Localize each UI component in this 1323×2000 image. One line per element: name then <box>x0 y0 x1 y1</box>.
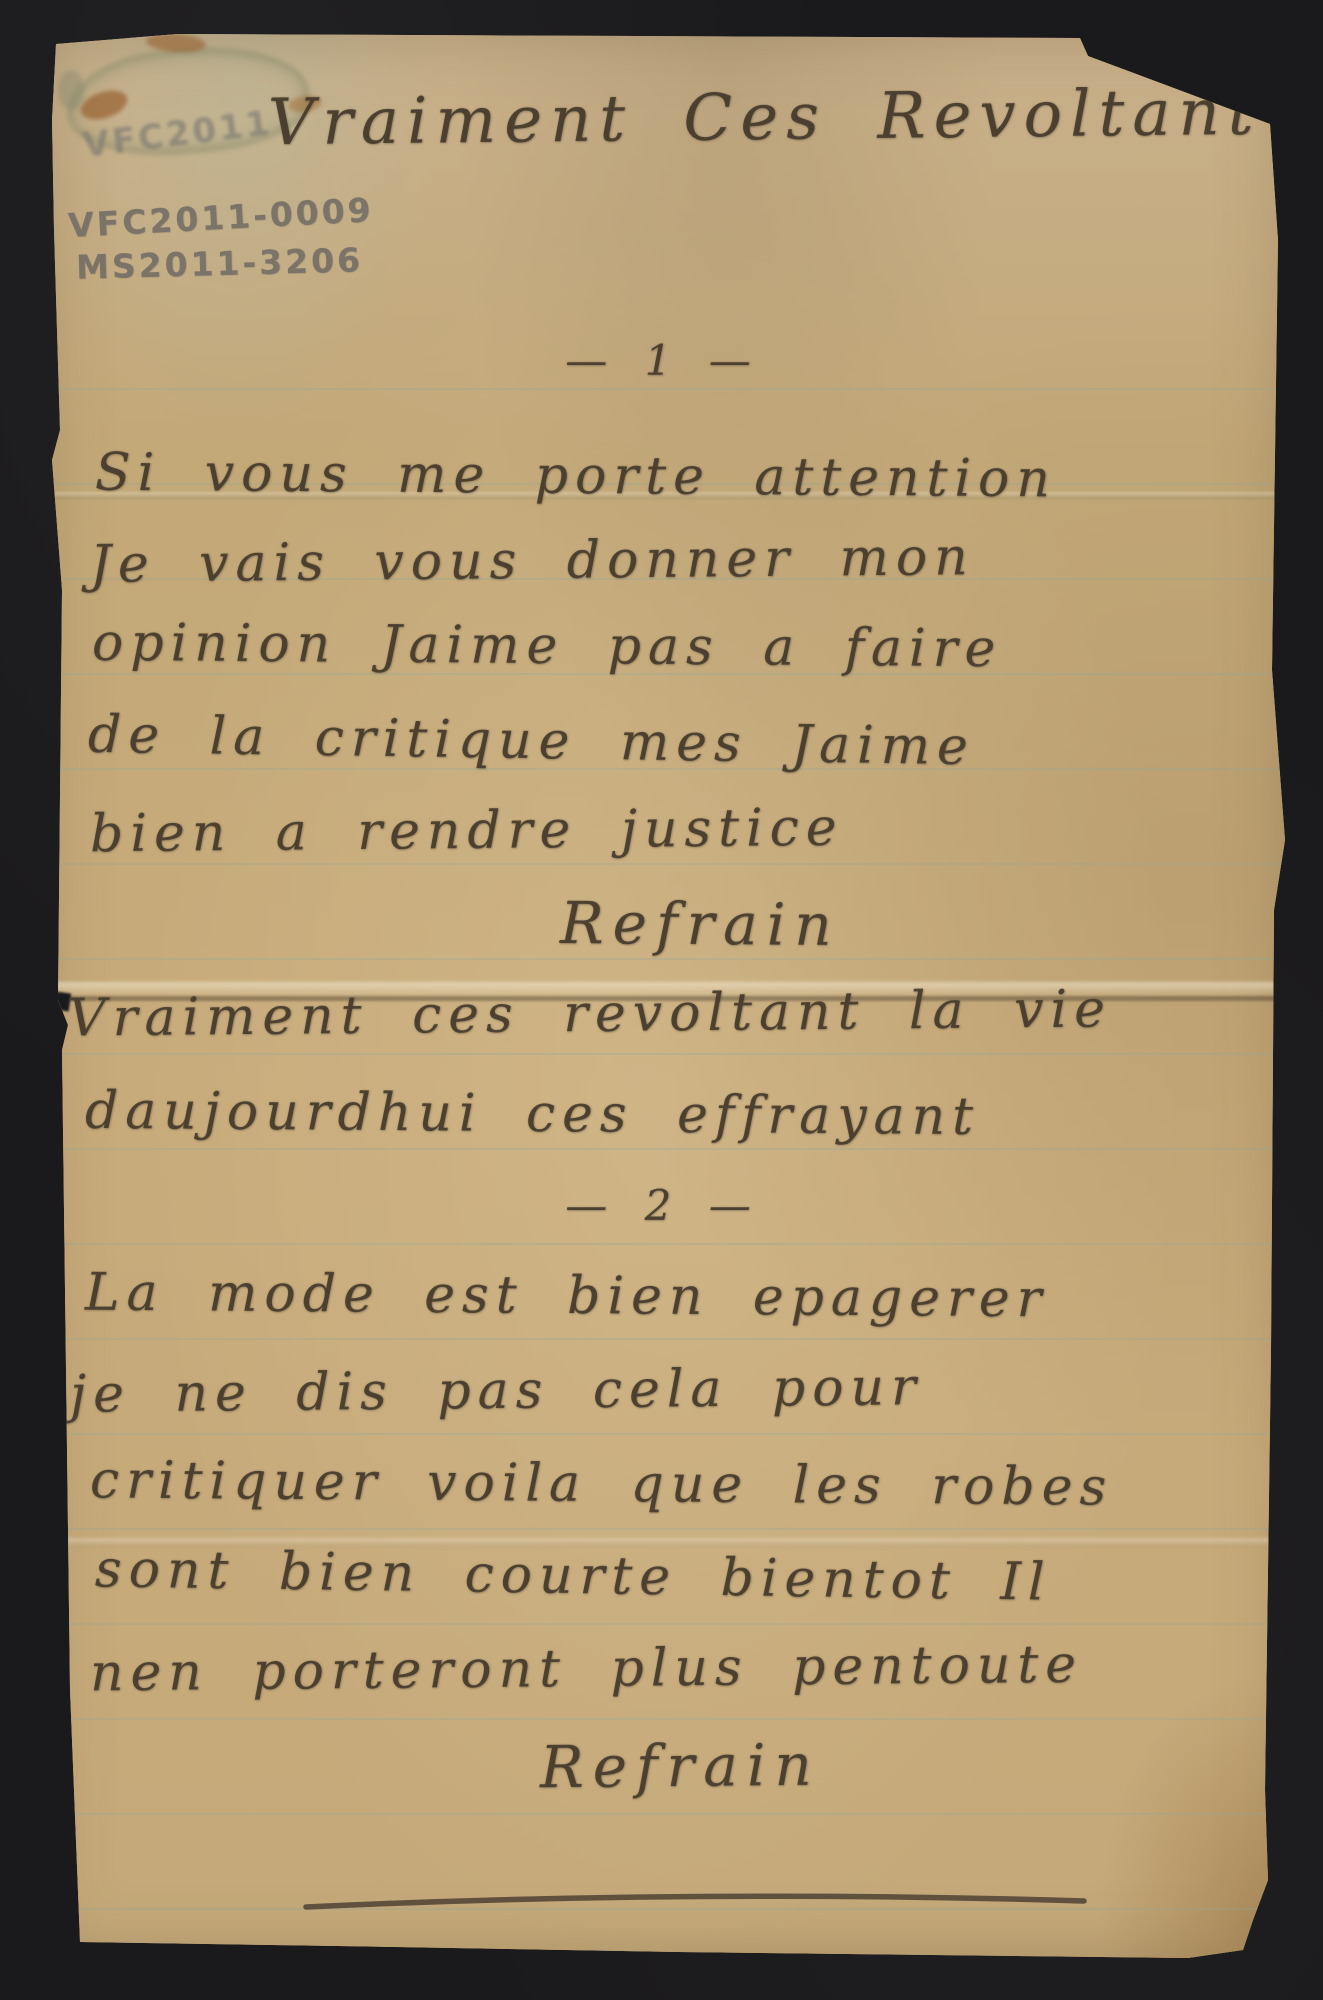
verse-line: opinion Jaime pas a faire <box>92 617 1003 675</box>
verse-line: Si vous me porte attention <box>95 447 1057 506</box>
verse-line: bien a rendre justice <box>90 802 844 861</box>
verse-line: je ne dis pas cela pour <box>70 1361 923 1420</box>
song-title: Vraiment Ces Revoltant <box>268 81 1262 155</box>
closing-flourish-line <box>300 1888 1090 1914</box>
adhesive-stain <box>58 70 84 110</box>
verse1-number: — 1 — <box>38 340 1290 382</box>
verse-line: nen porteront plus pentoute <box>90 1639 1083 1700</box>
chorus-line: daujourdhui ces effrayant <box>85 1085 980 1143</box>
verse-line: La mode est bien epagerer <box>85 1267 1049 1326</box>
refrain-label: Refrain <box>540 1736 821 1796</box>
verse-line: Je vais vous donner mon <box>90 531 975 591</box>
verse-line: de la critique mes Jaime <box>88 709 975 773</box>
verse-line: critiquer voila que les robes <box>90 1454 1114 1513</box>
catalog-code-ms: MS2011-3206 <box>76 240 364 286</box>
verse2-number: — 2 — <box>38 1185 1290 1227</box>
photo-backdrop: VFC2011 VFC2011-0009 MS2011-3206 Vraimen… <box>0 0 1323 2000</box>
verse-line: sont bien courte bientot Il <box>95 1543 1052 1608</box>
refrain-label: Refrain <box>560 894 841 954</box>
manuscript-page: VFC2011 VFC2011-0009 MS2011-3206 Vraimen… <box>38 30 1290 1960</box>
chorus-line: Vraiment ces revoltant la vie <box>68 983 1112 1044</box>
catalog-code-vfc: VFC2011-0009 <box>67 190 374 245</box>
